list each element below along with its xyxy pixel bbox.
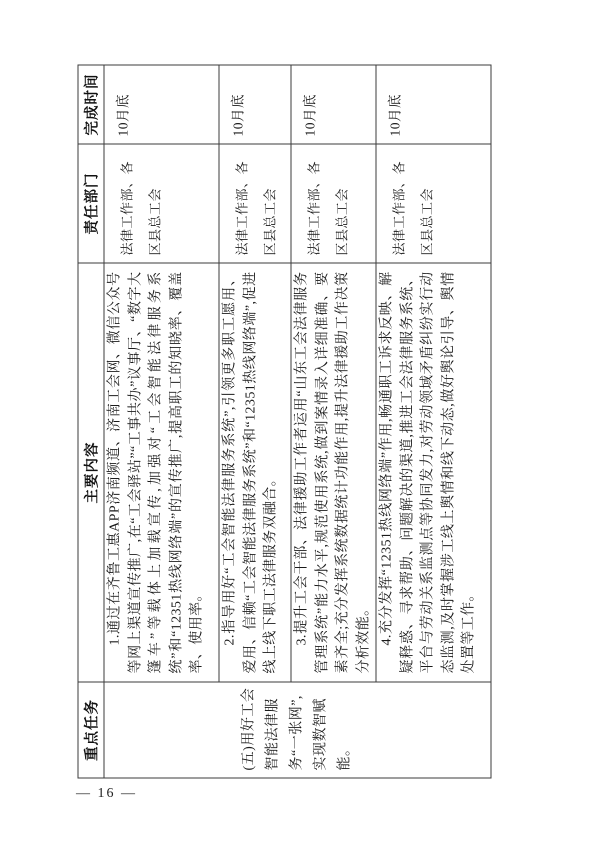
table-header-row: 重点任务 主要内容 责任部门 完成时间 <box>78 65 104 778</box>
table-row: 2.指导用好“工会智能法律服务系统”,引领更多职工愿用、爱用、信赖“工会智能法律… <box>219 65 291 778</box>
content-cell: 3.提升工会干部、法律援助工作者运用“山东工会法律服务管理系统”能力水平,规范使… <box>291 263 376 682</box>
col-header-task: 重点任务 <box>78 682 104 778</box>
col-header-content: 主要内容 <box>78 263 104 682</box>
deadline-cell: 10月底 <box>376 65 491 144</box>
task-table: 重点任务 主要内容 责任部门 完成时间 (五)用好工会智能法律服务“一张网”,实… <box>77 64 491 778</box>
content-paragraph: 4.充分发挥“12351热线网络端”作用,畅通职工诉求反映、解疑释惑、寻求帮助、… <box>377 271 480 673</box>
rotated-table-container: 重点任务 主要内容 责任部门 完成时间 (五)用好工会智能法律服务“一张网”,实… <box>77 65 487 778</box>
document-page: 重点任务 主要内容 责任部门 完成时间 (五)用好工会智能法律服务“一张网”,实… <box>0 0 600 848</box>
deadline-cell: 10月底 <box>291 65 376 144</box>
content-paragraph: 2.指导用好“工会智能法律服务系统”,引领更多职工愿用、爱用、信赖“工会智能法律… <box>220 271 282 673</box>
col-header-deadline: 完成时间 <box>78 65 104 144</box>
table-row: 4.充分发挥“12351热线网络端”作用,畅通职工诉求反映、解疑释惑、寻求帮助、… <box>376 65 491 778</box>
deadline-cell: 10月底 <box>219 65 291 144</box>
page-number: — 16 — <box>76 786 137 802</box>
content-cell: 2.指导用好“工会智能法律服务系统”,引领更多职工愿用、爱用、信赖“工会智能法律… <box>219 263 291 682</box>
content-cell: 1.通过在齐鲁工惠APP济南频道、济南工会网、微信公众号等网上渠道宣传推广,在“… <box>104 263 219 682</box>
department-cell: 法律工作部、各区县总工会 <box>219 144 291 263</box>
content-paragraph: 3.提升工会干部、法律援助工作者运用“山东工会法律服务管理系统”能力水平,规范使… <box>292 271 374 673</box>
table-row: 3.提升工会干部、法律援助工作者运用“山东工会法律服务管理系统”能力水平,规范使… <box>291 65 376 778</box>
department-cell: 法律工作部、各区县总工会 <box>291 144 376 263</box>
content-paragraph: 1.通过在齐鲁工惠APP济南频道、济南工会网、微信公众号等网上渠道宣传推广,在“… <box>105 271 208 673</box>
content-cell: 4.充分发挥“12351热线网络端”作用,畅通职工诉求反映、解疑释惑、寻求帮助、… <box>376 263 491 682</box>
department-cell: 法律工作部、各区县总工会 <box>376 144 491 263</box>
table-row: (五)用好工会智能法律服务“一张网”,实现数智赋能。 1.通过在齐鲁工惠APP济… <box>104 65 219 778</box>
task-group-cell: (五)用好工会智能法律服务“一张网”,实现数智赋能。 <box>104 682 491 778</box>
col-header-department: 责任部门 <box>78 144 104 263</box>
department-cell: 法律工作部、各区县总工会 <box>104 144 219 263</box>
deadline-cell: 10月底 <box>104 65 219 144</box>
